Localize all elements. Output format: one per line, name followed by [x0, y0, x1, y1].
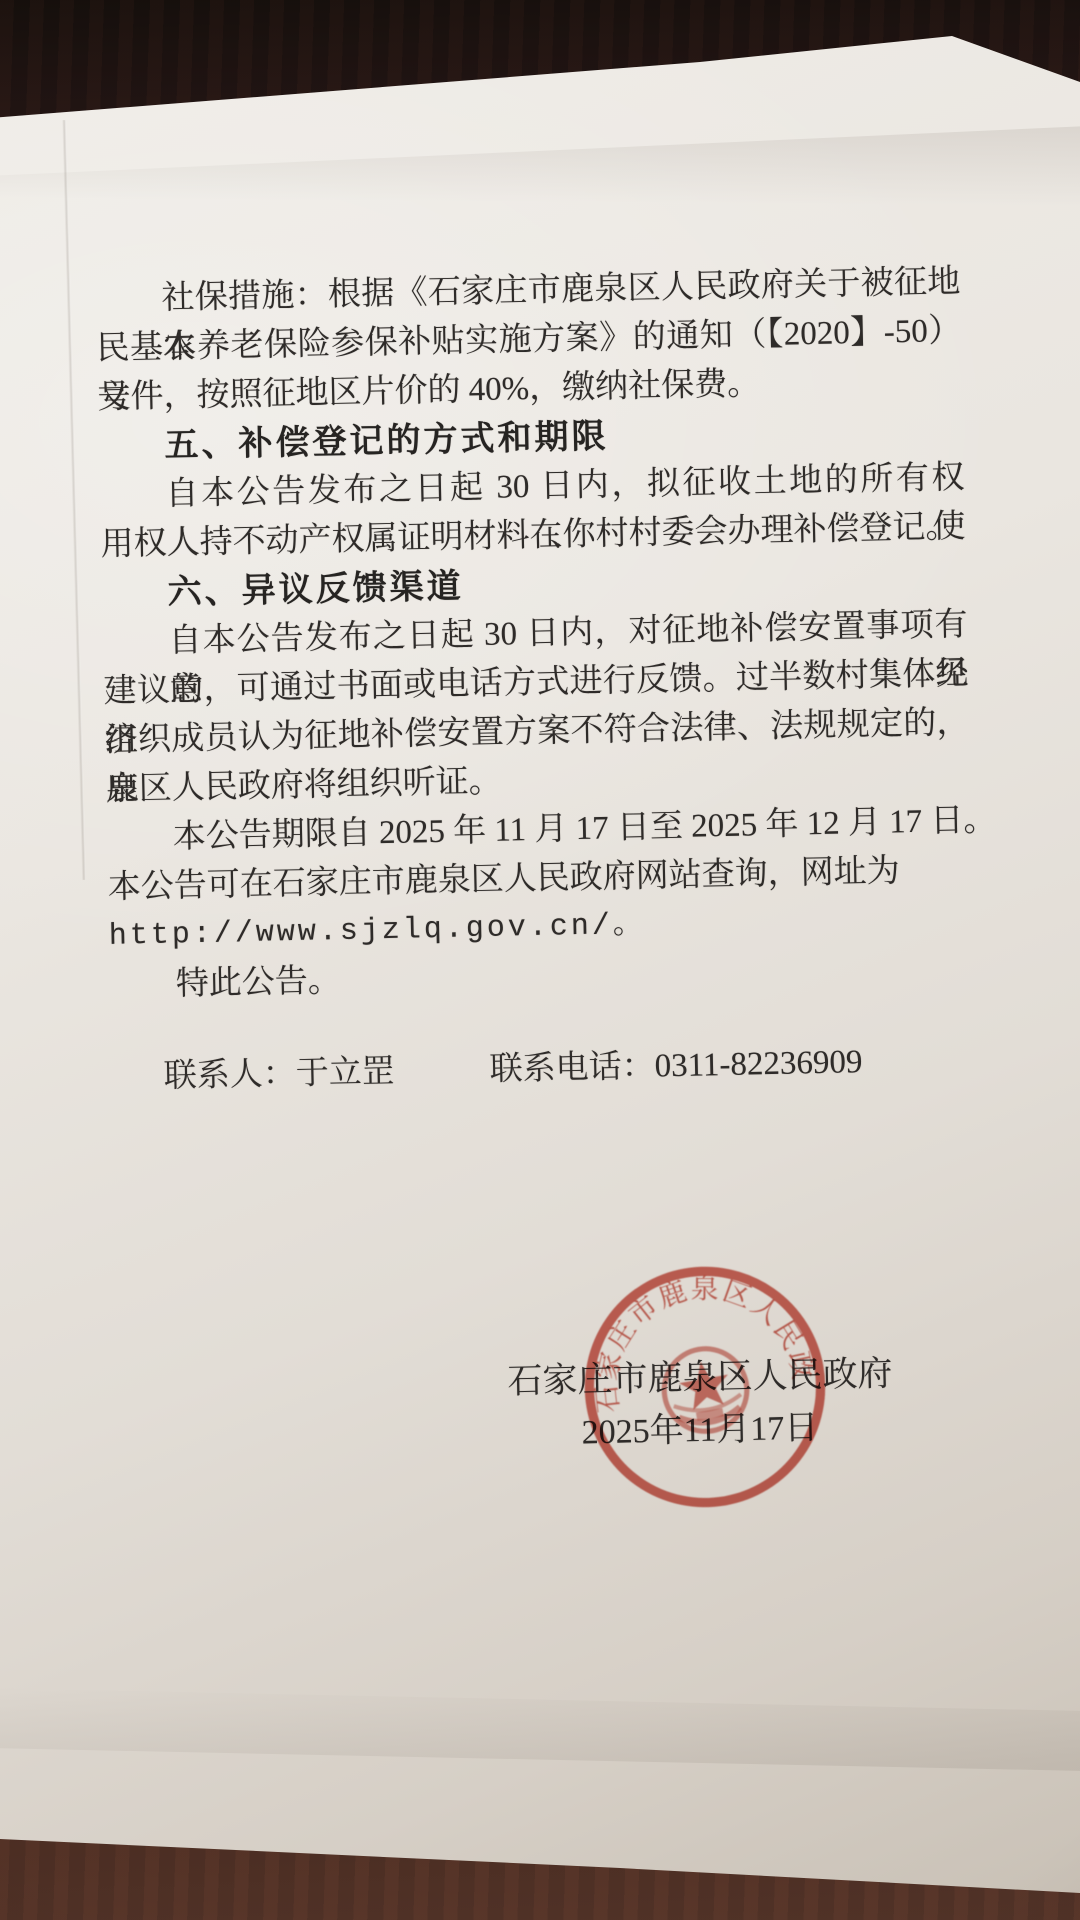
- paper-crease-top: [0, 123, 1080, 267]
- contact-person: 联系人：于立罡: [163, 1048, 395, 1102]
- contact-phone: 联系电话：0311-82236909: [489, 1038, 863, 1095]
- announcement-text: 社保措施：根据《石家庄市鹿泉区人民政府关于被征地农 民基本养老保险参保补贴实施方…: [95, 258, 977, 1103]
- paper-crease-bottom: [0, 1687, 1080, 1772]
- document-photo: 社保措施：根据《石家庄市鹿泉区人民政府关于被征地农 民基本养老保险参保补贴实施方…: [0, 0, 1080, 1920]
- national-emblem-icon: [658, 1342, 754, 1438]
- official-seal: 石家庄市鹿泉区人民政府: [556, 1238, 855, 1537]
